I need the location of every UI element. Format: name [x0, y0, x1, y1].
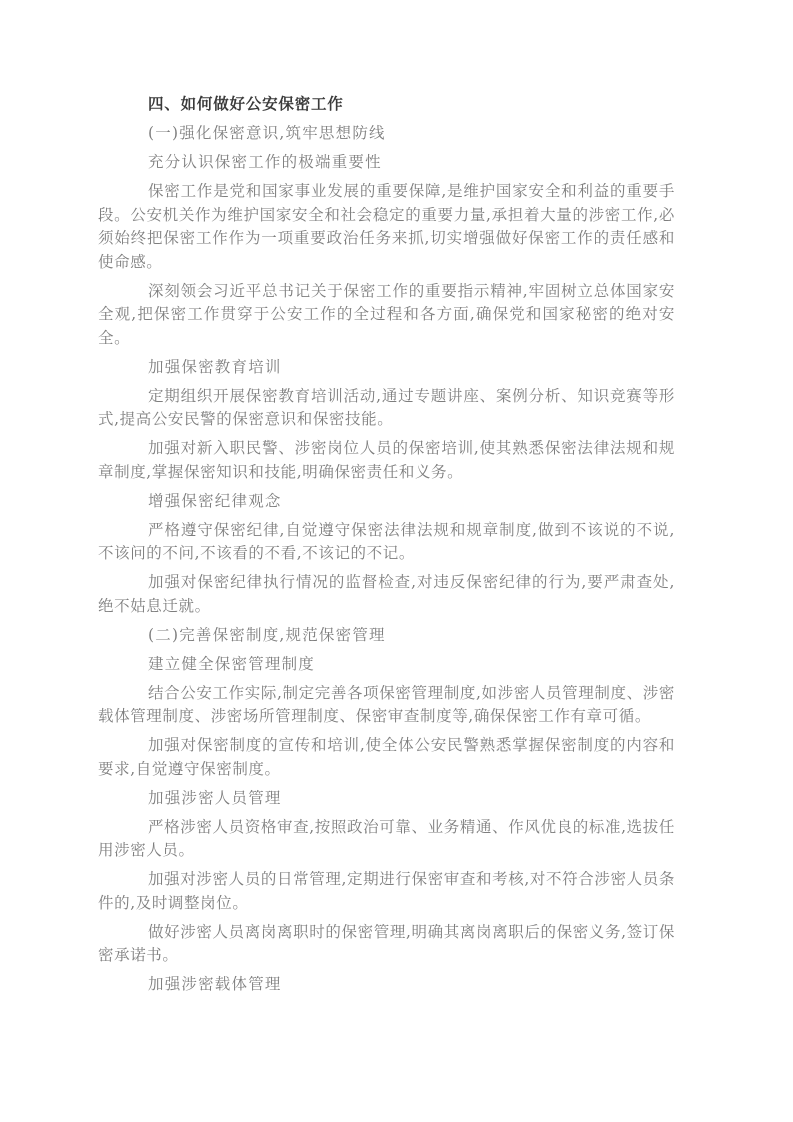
sub-heading: 加强涉密人员管理 — [98, 787, 675, 811]
document-page: 四、如何做好公安保密工作 (一)强化保密意识,筑牢思想防线 充分认识保密工作的极… — [0, 0, 793, 1122]
paragraph: 深刻领会习近平总书记关于保密工作的重要指示精神,牢固树立总体国家安全观,把保密工… — [98, 280, 675, 351]
paragraph: 结合公安工作实际,制定完善各项保密管理制度,如涉密人员管理制度、涉密载体管理制度… — [98, 682, 675, 729]
paragraph: 加强对保密制度的宣传和培训,使全体公安民警熟悉掌握保密制度的内容和要求,自觉遵守… — [98, 734, 675, 781]
paragraph: 做好涉密人员离岗离职时的保密管理,明确其离岗离职后的保密义务,签订保密承诺书。 — [98, 921, 675, 968]
sub-heading: 建立健全保密管理制度 — [98, 653, 675, 677]
paragraph: 加强对保密纪律执行情况的监督检查,对违反保密纪律的行为,要严肃查处,绝不姑息迁就… — [98, 571, 675, 618]
paragraph: 定期组织开展保密教育培训活动,通过专题讲座、案例分析、知识竞赛等形式,提高公安民… — [98, 385, 675, 432]
paragraph: 严格涉密人员资格审查,按照政治可靠、业务精通、作风优良的标准,选拔任用涉密人员。 — [98, 816, 675, 863]
doc-title: 四、如何做好公安保密工作 — [98, 93, 675, 117]
sub-heading: 增强保密纪律观念 — [98, 490, 675, 514]
sub-heading: 加强涉密载体管理 — [98, 973, 675, 997]
paragraph: 加强对新入职民警、涉密岗位人员的保密培训,使其熟悉保密法律法规和规章制度,掌握保… — [98, 437, 675, 484]
sub-heading: 加强保密教育培训 — [98, 356, 675, 380]
paragraph: 加强对涉密人员的日常管理,定期进行保密审查和考核,对不符合涉密人员条件的,及时调… — [98, 868, 675, 915]
sub-heading: 充分认识保密工作的极端重要性 — [98, 151, 675, 175]
paragraph: 严格遵守保密纪律,自觉遵守保密法律法规和规章制度,做到不该说的不说,不该问的不问… — [98, 519, 675, 566]
section-heading-1: (一)强化保密意识,筑牢思想防线 — [98, 122, 675, 146]
section-heading-2: (二)完善保密制度,规范保密管理 — [98, 624, 675, 648]
paragraph: 保密工作是党和国家事业发展的重要保障,是维护国家安全和利益的重要手段。公安机关作… — [98, 180, 675, 274]
